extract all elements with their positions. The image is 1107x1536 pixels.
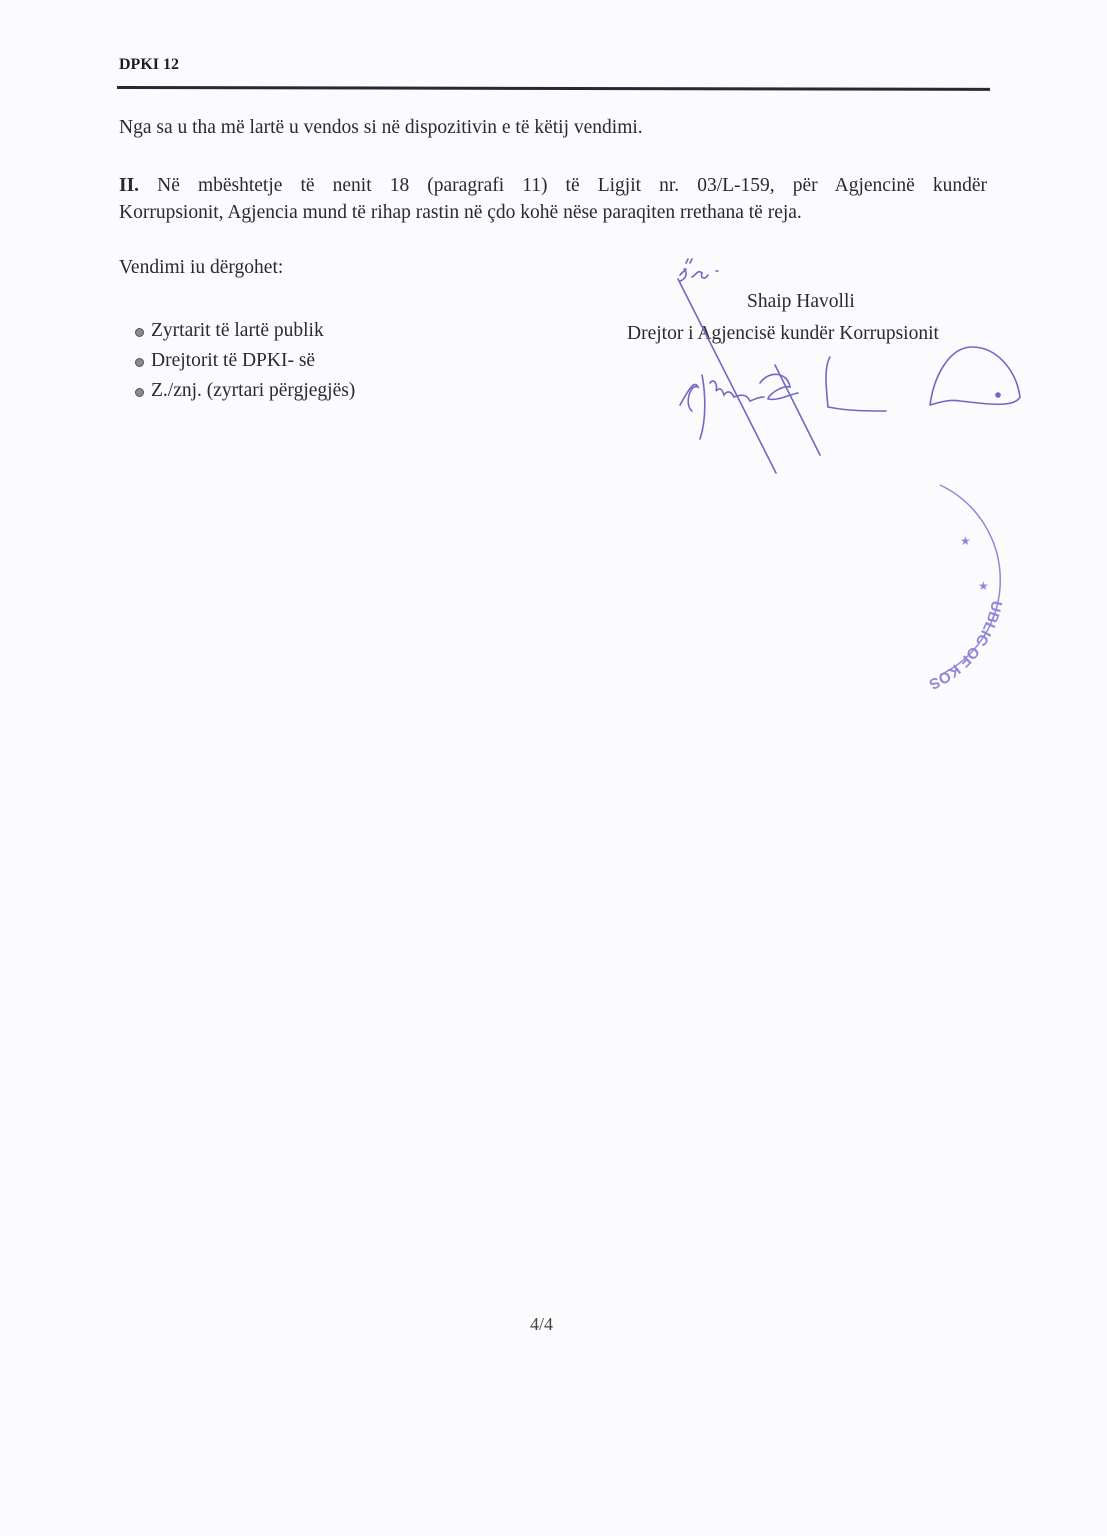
stamp-text: UBLIC OF KOSOVO bbox=[900, 470, 1005, 690]
official-stamp: UBLIC OF KOSOVO ★ ★ bbox=[900, 470, 1040, 690]
handwritten-signature bbox=[600, 255, 1040, 485]
section-number: II. bbox=[119, 175, 139, 196]
list-item: Z./znj. (zyrtari përgjegjës) bbox=[135, 376, 355, 406]
header-divider bbox=[117, 86, 990, 91]
legal-basis-text-1: Në mbështetje të nenit 18 (paragrafi 11)… bbox=[157, 175, 987, 196]
list-item: Zyrtarit të lartë publik bbox=[135, 316, 355, 346]
recipients-list: Zyrtarit të lartë publik Drejtorit të DP… bbox=[135, 316, 355, 406]
list-item: Drejtorit të DPKI- së bbox=[135, 346, 355, 376]
page-number: 4/4 bbox=[530, 1314, 553, 1335]
conclusion-paragraph: Nga sa u tha më lartë u vendos si në dis… bbox=[119, 114, 643, 141]
svg-text:★: ★ bbox=[960, 534, 971, 548]
svg-text:UBLIC OF KOSOVO: UBLIC OF KOSOVO bbox=[900, 470, 1005, 690]
legal-basis-paragraph: II. Në mbështetje të nenit 18 (paragrafi… bbox=[119, 172, 987, 226]
legal-basis-line-2: Korrupsionit, Agjencia mund të rihap ras… bbox=[119, 202, 802, 223]
document-code: DPKI 12 bbox=[119, 56, 179, 74]
svg-text:★: ★ bbox=[978, 579, 989, 593]
recipients-heading: Vendimi iu dërgohet: bbox=[119, 254, 283, 281]
legal-basis-line-1: II. Në mbështetje të nenit 18 (paragrafi… bbox=[119, 172, 987, 199]
